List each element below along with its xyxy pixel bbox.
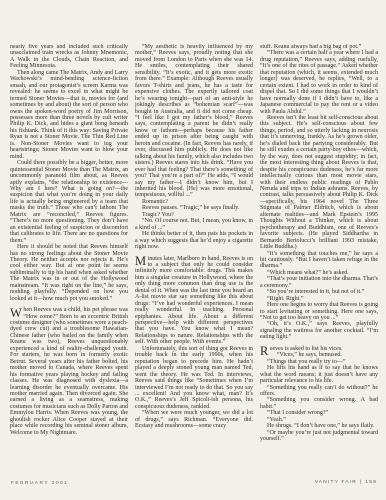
paragraph: Unfortunately, this sort of thing got Re… [135,346,253,411]
dialogue-line: “So you’re interested in it, but not of … [260,289,378,295]
paragraph: Here it should be noted that Reeves hims… [10,244,128,302]
article-column-3: stuff. Keanu always had a big bag of pot… [260,44,378,474]
footer-issue-date: FEBRUARY 2001 [11,481,68,486]
article-column-1: nearly five years and included such crit… [10,44,128,474]
dialogue-line: “That’s your initiation into the dharma.… [260,276,378,289]
article-body: nearly five years and included such crit… [10,44,378,474]
paragraph: Could there possibly be a bigger, better… [10,160,128,244]
footer-folio: VANITY FAIR|159 [312,480,377,485]
dialogue-line: “Something you really can’t do without?”… [260,385,378,398]
paragraph: He shrugs. “I don’t have one,” he says f… [260,423,378,429]
dialogue-line: “Or maybe you’re just not judgmental tow… [260,430,378,443]
drop-cap-letter: W [10,308,22,319]
dialogue-line: Reeves pauses. “Tragic,” he says finally… [135,205,253,211]
paragraph-with-dropcap: Minutes later, Marlboro in hand, Reeves … [135,256,253,346]
paragraph: “It’s something that touches me,” he say… [260,251,378,270]
drop-cap-letter: R [260,346,268,357]
footer-magazine-name: VANITY FAIR [315,480,357,485]
paragraph-text: hen Reeves was a child, his pet phrase w… [10,307,128,436]
drop-cap-letter: M [135,256,146,267]
article-column-2: “My aesthetic is heavily influenced by m… [135,44,253,474]
paragraph: He lifts his hand as if to say that he k… [260,365,378,384]
paragraph-with-dropcap: When Reeves was a child, his pet phrase … [10,307,128,436]
paragraph: Here one begins to worry that Reeves is … [260,302,378,321]
paragraph: Reeves isn’t the least bit self-consciou… [260,115,378,251]
paragraph: “When we were much younger, we did a lot… [135,410,253,429]
paragraph-text: eeves is asked to list his vices. [270,346,343,352]
footer-separator: | [360,480,362,485]
dialogue-line: “Something you consider wrong. A bad hab… [260,397,378,410]
paragraph: Then along came The Matrix, Andy and Lar… [10,70,128,160]
paragraph: “There was a certain half a year where I… [260,50,378,115]
magazine-page: nearly five years and included such crit… [0,0,386,500]
dialogue-line: “No. Of course not. But, I mean, you kno… [135,218,253,231]
paragraph: “Oh, it’s O.K.,” says Reeves, playfully … [260,321,378,340]
paragraph: He thinks better of it, then pats his po… [135,231,253,250]
paragraph: nearly five years and included such crit… [10,44,128,70]
paragraph: “My aesthetic is heavily influenced by m… [135,44,253,199]
paragraph-text: inutes later, Marlboro in hand, Reeves i… [135,256,253,346]
footer-page-number: 159 [365,480,377,485]
